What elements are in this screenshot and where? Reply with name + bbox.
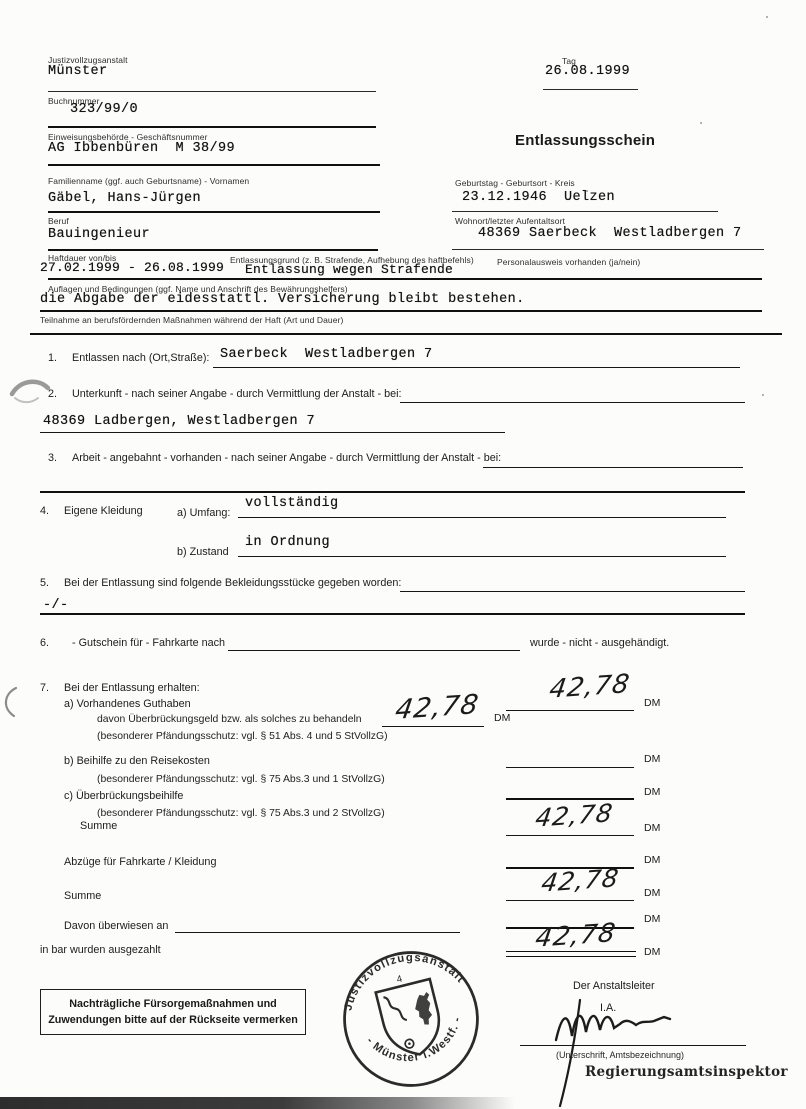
field-line: [238, 517, 726, 518]
detention-period-value: 27.02.1999 - 26.08.1999: [40, 260, 224, 275]
profession-label: Beruf: [48, 216, 69, 226]
signature-title: Regierungsamtsinspektor: [585, 1064, 788, 1081]
release-reason-value: Entlassung wegen Strafende: [245, 262, 453, 277]
item7a-sub2: (besonderer Pfändungsschutz: vgl. § 51 A…: [97, 731, 388, 742]
birth-value: 23.12.1946 Uelzen: [462, 190, 615, 205]
amount-line: [382, 726, 484, 727]
currency-label: DM: [644, 946, 660, 958]
scan-artifact-band: [0, 1097, 515, 1109]
item5-value: -/-: [43, 598, 69, 613]
item4a-value: vollständig: [245, 496, 339, 511]
item7-number: 7.: [40, 682, 49, 694]
pen-mark: [8, 376, 52, 406]
item4b-value: in Ordnung: [245, 535, 330, 550]
stamp-rose-center: [408, 1042, 411, 1045]
family-name-value: Gäbel, Hans-Jürgen: [48, 191, 201, 206]
item2-value: 48369 Ladbergen, Westladbergen 7: [43, 414, 315, 429]
field-line: [483, 467, 743, 468]
official-stamp: Justizvollzugsanstalt - Münster i.Westf.…: [320, 928, 502, 1109]
item7b-label: b) Beihilfe zu den Reisekosten: [64, 755, 210, 767]
svg-text:- Münster i.Westf. -: - Münster i.Westf. -: [363, 1013, 472, 1075]
item4-number: 4.: [40, 505, 49, 517]
currency-label: DM: [644, 786, 660, 798]
field-line: [400, 402, 745, 403]
document-title: Entlassungsschein: [515, 132, 655, 149]
currency-label: DM: [494, 712, 510, 724]
stamp-ornament: 4: [396, 973, 404, 985]
item6-number: 6.: [40, 637, 49, 649]
cash-label: in bar wurden ausgezahlt: [40, 944, 161, 956]
participation-label: Teilnahme an berufsfördernden Maßnahmen …: [40, 315, 343, 325]
currency-label: DM: [644, 753, 660, 765]
item4-label: Eigene Kleidung: [64, 505, 143, 517]
agency-value: Münster: [48, 64, 108, 79]
stamp-wavy-band: [383, 993, 406, 1024]
currency-label: DM: [644, 887, 660, 899]
item6-label: - Gutschein für - Fahrkarte nach: [72, 637, 225, 649]
item3-number: 3.: [48, 452, 57, 464]
currency-label: DM: [644, 697, 660, 709]
scan-speck: [762, 394, 764, 396]
signature-caption: (Unterschrift, Amtsbezeichnung): [556, 1050, 684, 1060]
release-certificate-document: Justizvollzugsanstalt Münster Buchnummer…: [0, 0, 806, 1109]
amount-line: [506, 767, 634, 768]
head-of-institution-label: Der Anstaltsleiter: [573, 980, 655, 992]
item7c-sub: (besonderer Pfändungsschutz: vgl. § 75 A…: [97, 808, 385, 819]
signature-line: [520, 1045, 746, 1046]
profession-value: Bauingenieur: [48, 227, 150, 242]
deduction-label: Abzüge für Fahrkarte / Kleidung: [64, 856, 216, 868]
rule: [30, 333, 782, 335]
rule: [452, 211, 718, 212]
pen-mark: [0, 686, 20, 718]
conditions-value: die Abgabe der eidesstattl. Versicherung…: [40, 292, 525, 307]
item7a-label: a) Vorhandenes Guthaben: [64, 698, 191, 710]
day-value: 26.08.1999: [545, 64, 630, 79]
item1-number: 1.: [48, 352, 57, 364]
amount-line: [506, 900, 634, 901]
item1-label: Entlassen nach (Ort,Straße):: [72, 352, 209, 364]
amount-ueberbrueckungsgeld: 42,78: [393, 689, 481, 726]
item3-label: Arbeit - angebahnt - vorhanden - nach se…: [72, 452, 501, 464]
field-line: [228, 650, 520, 651]
currency-label: DM: [644, 854, 660, 866]
field-line: [238, 556, 726, 557]
rule: [48, 164, 380, 166]
id-card-label: Personalausweis vorhanden (ja/nein): [497, 257, 640, 267]
field-line: [40, 432, 505, 433]
amount-summe2: 42,78: [539, 863, 621, 897]
notice-line1: Nachträgliche Fürsorgemaßnahmen und: [41, 996, 305, 1012]
currency-label: DM: [644, 822, 660, 834]
rule: [452, 249, 764, 250]
item1-value: Saerbeck Westladbergen 7: [220, 347, 433, 362]
residence-label: Wohnort/letzter Aufentaltsort: [455, 216, 565, 226]
amount-line: [506, 835, 634, 836]
scan-speck: [586, 190, 588, 192]
birth-label: Geburtstag - Geburtsort - Kreis: [455, 178, 575, 188]
sum2-label: Summe: [64, 890, 101, 902]
amount-line: [506, 710, 634, 711]
field-line: [40, 613, 745, 615]
rule: [48, 278, 762, 280]
amount-bar: 42,78: [533, 918, 618, 953]
item2-label: Unterkunft - nach seiner Angabe - durch …: [72, 388, 401, 400]
field-line: [175, 932, 460, 933]
item6-suffix: wurde - nicht - ausgehändigt.: [530, 637, 669, 649]
book-number-value: 323/99/0: [70, 102, 138, 117]
scan-speck: [766, 16, 768, 18]
item7a-sub1: davon Überbrückungsgeld bzw. als solches…: [97, 714, 362, 725]
item2-number: 2.: [48, 388, 57, 400]
scan-speck: [700, 122, 702, 124]
notice-line2: Zuwendungen bitte auf der Rückseite verm…: [41, 1012, 305, 1028]
item7c-label: c) Überbrückungsbeihilfe: [64, 790, 183, 802]
residence-value: 48369 Saerbeck Westladbergen 7: [478, 226, 742, 241]
item7b-sub: (besonderer Pfändungsschutz: vgl. § 75 A…: [97, 774, 385, 785]
field-line: [40, 491, 745, 493]
item5-label: Bei der Entlassung sind folgende Bekleid…: [64, 577, 401, 589]
currency-label: DM: [644, 913, 660, 925]
committal-authority-value: AG Ibbenbüren M 38/99: [48, 141, 235, 156]
sum1-label: Summe: [80, 820, 117, 832]
item7-label: Bei der Entlassung erhalten:: [64, 682, 200, 694]
amount-guthaben: 42,78: [547, 669, 632, 704]
field-line: [213, 367, 740, 368]
rule: [40, 310, 762, 312]
field-line: [400, 591, 745, 592]
stamp-bottom-text: - Münster i.Westf. -: [363, 1013, 472, 1075]
amount-double-line: [506, 951, 636, 957]
family-name-label: Familienname (ggf. auch Geburtsname) - V…: [48, 176, 249, 186]
rule: [48, 249, 378, 251]
rule: [48, 211, 380, 213]
item4a-label: a) Umfang:: [177, 507, 230, 519]
stamp-horse: [412, 991, 436, 1026]
rule: [543, 89, 638, 90]
item4b-label: b) Zustand: [177, 546, 229, 558]
notice-box: Nachträgliche Fürsorgemaßnahmen und Zuwe…: [40, 989, 306, 1035]
amount-summe1: 42,78: [533, 798, 615, 832]
transfer-label: Davon überwiesen an: [64, 920, 168, 932]
rule: [48, 126, 376, 128]
item5-number: 5.: [40, 577, 49, 589]
rule: [48, 91, 376, 92]
